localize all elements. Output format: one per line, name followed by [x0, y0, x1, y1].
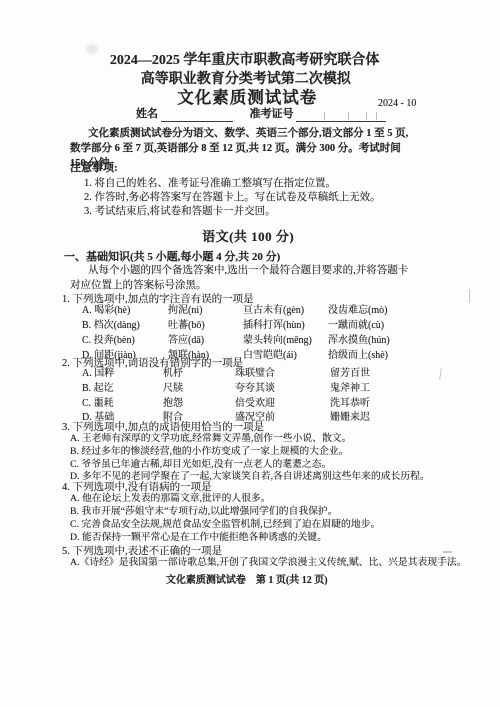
candidate-info-row: 姓名 准考证号 [136, 108, 386, 122]
name-blank [161, 110, 233, 122]
option-row: C. 投奔(bèn)答应(dā)蒙头转向(mēng)浑水摸鱼(hún) [82, 335, 390, 348]
option-cell: 抱怨 [163, 398, 235, 411]
option-cell: 拾级而上(shè) [328, 350, 388, 363]
option-cell: 鬼斧神工 [330, 383, 370, 396]
option-cell: B. 档次(dàng) [82, 320, 168, 333]
option-cell: 白雪皑皑(ái) [243, 350, 328, 363]
admission-no-label: 准考证号 [250, 108, 294, 120]
blank-tick [348, 112, 349, 120]
option-cell: 夸夸其谈 [235, 383, 330, 396]
blank-tick [324, 112, 325, 120]
blank-tick [376, 112, 377, 120]
option-cell: C. 噩耗 [82, 398, 163, 411]
exam-series-title: 2024—2025 学年重庆市职教高考研究联合体 [110, 52, 380, 70]
option-line: A.《诗经》是我国第一部诗歌总集,开创了我国文学浪漫主义传统,赋、比、兴是其表现… [70, 557, 467, 569]
option-cell: 拘泥(nì) [168, 305, 243, 318]
option-line: B. 经过多年的惨淡经营,他的小作坊变成了一家上规模的大企业。 [70, 446, 348, 458]
option-cell: C. 投奔(bèn) [82, 335, 168, 348]
option-cell: 机杼 [163, 368, 235, 381]
option-cell: B. 起讫 [82, 383, 163, 396]
scan-artifact [443, 551, 452, 553]
option-cell: 蒙头转向(mēng) [243, 335, 328, 348]
option-cell: 留芳百世 [330, 368, 370, 381]
option-line: C. 爷爷虽已年逾古稀,却目光如炬,没有一点老人的耄耋之态。 [70, 459, 331, 471]
exam-subtitle: 高等职业教育分类考试第二次模拟 [141, 71, 351, 89]
notes-title: 注意事项: [70, 162, 118, 176]
subject-section-title: 语文(共 100 分) [202, 229, 294, 245]
paper-title: 文化素质测试试卷 [177, 88, 317, 109]
scan-artifact [469, 289, 470, 303]
option-cell: 吐蕃(bō) [168, 320, 243, 333]
option-row: B. 起讫尺牍夸夸其谈鬼斧神工 [82, 383, 370, 396]
scanned-exam-page: 2024—2025 学年重庆市职教高考研究联合体 高等职业教育分类考试第二次模拟… [0, 0, 500, 707]
option-line: C. 完善食品安全法规,规范食品安全监管机制,已经到了迫在眉睫的地步。 [70, 519, 380, 531]
option-cell: 珠联璧合 [235, 368, 330, 381]
note-item: 2. 作答时,务必将答案写在答题卡上。写在试卷及草稿纸上无效。 [84, 191, 381, 204]
option-line: A. 王老师有深厚的文学功底,经常舞文弄墨,创作一些小说、散文。 [70, 433, 351, 445]
page-footer: 文化素质测试试卷 第 1 页(共 12 页) [166, 575, 328, 588]
option-cell: A. 国粹 [82, 368, 163, 381]
scan-smudge [86, 44, 98, 54]
option-line: B. 我市开展“莎姐守未”专项行动,以此增强同学们的自我保护。 [70, 506, 338, 518]
blank-tick [366, 112, 367, 120]
name-label: 姓名 [136, 108, 158, 120]
admission-no-blank [296, 110, 386, 122]
option-cell: 尺牍 [163, 383, 235, 396]
option-row: C. 噩耗抱怨倍受欢迎洗耳恭听 [82, 398, 370, 411]
intro-paragraph: 文化素质测试试卷分为语文、数学、英语三个部分,语文部分 1 至 5 页,数学部分… [70, 126, 418, 171]
option-cell: 浑水摸鱼(hún) [328, 335, 390, 348]
option-cell: 亘古未有(gèn) [243, 305, 328, 318]
scan-artifact [439, 368, 442, 380]
option-cell: 一蹴而就(cù) [328, 320, 384, 333]
option-cell: 倍受欢迎 [235, 398, 330, 411]
option-line: A. 他在论坛上发表的那篇文章,批评的人很多。 [70, 493, 271, 505]
option-cell: 插科打诨(hùn) [243, 320, 328, 333]
option-cell: 答应(dā) [168, 335, 243, 348]
option-row: A. 国粹机杼珠联璧合留芳百世 [82, 368, 370, 381]
option-cell: 没齿难忘(mò) [328, 305, 387, 318]
option-cell: 洗耳恭听 [330, 398, 370, 411]
option-line: D. 能否保持一颗平常心是在工作中能拒绝各种诱惑的关键。 [70, 532, 327, 544]
note-item: 1. 将自己的姓名、准考证号准确工整填写在指定位置。 [84, 177, 336, 190]
note-item: 3. 考试结束后,将试卷和答题卡一并交回。 [84, 205, 276, 218]
option-cell: 姗姗来迟 [330, 412, 370, 425]
option-row: A. 喝彩(hè)拘泥(nì)亘古未有(gèn)没齿难忘(mò) [82, 305, 387, 318]
option-cell: A. 喝彩(hè) [82, 305, 168, 318]
option-row: B. 档次(dàng)吐蕃(bō)插科打诨(hùn)一蹴而就(cù) [82, 320, 384, 333]
section-instruction: 从每个小题的四个备选答案中,选出一个最符合题目要求的,并将答题卡对应位置上的答案… [70, 263, 418, 293]
